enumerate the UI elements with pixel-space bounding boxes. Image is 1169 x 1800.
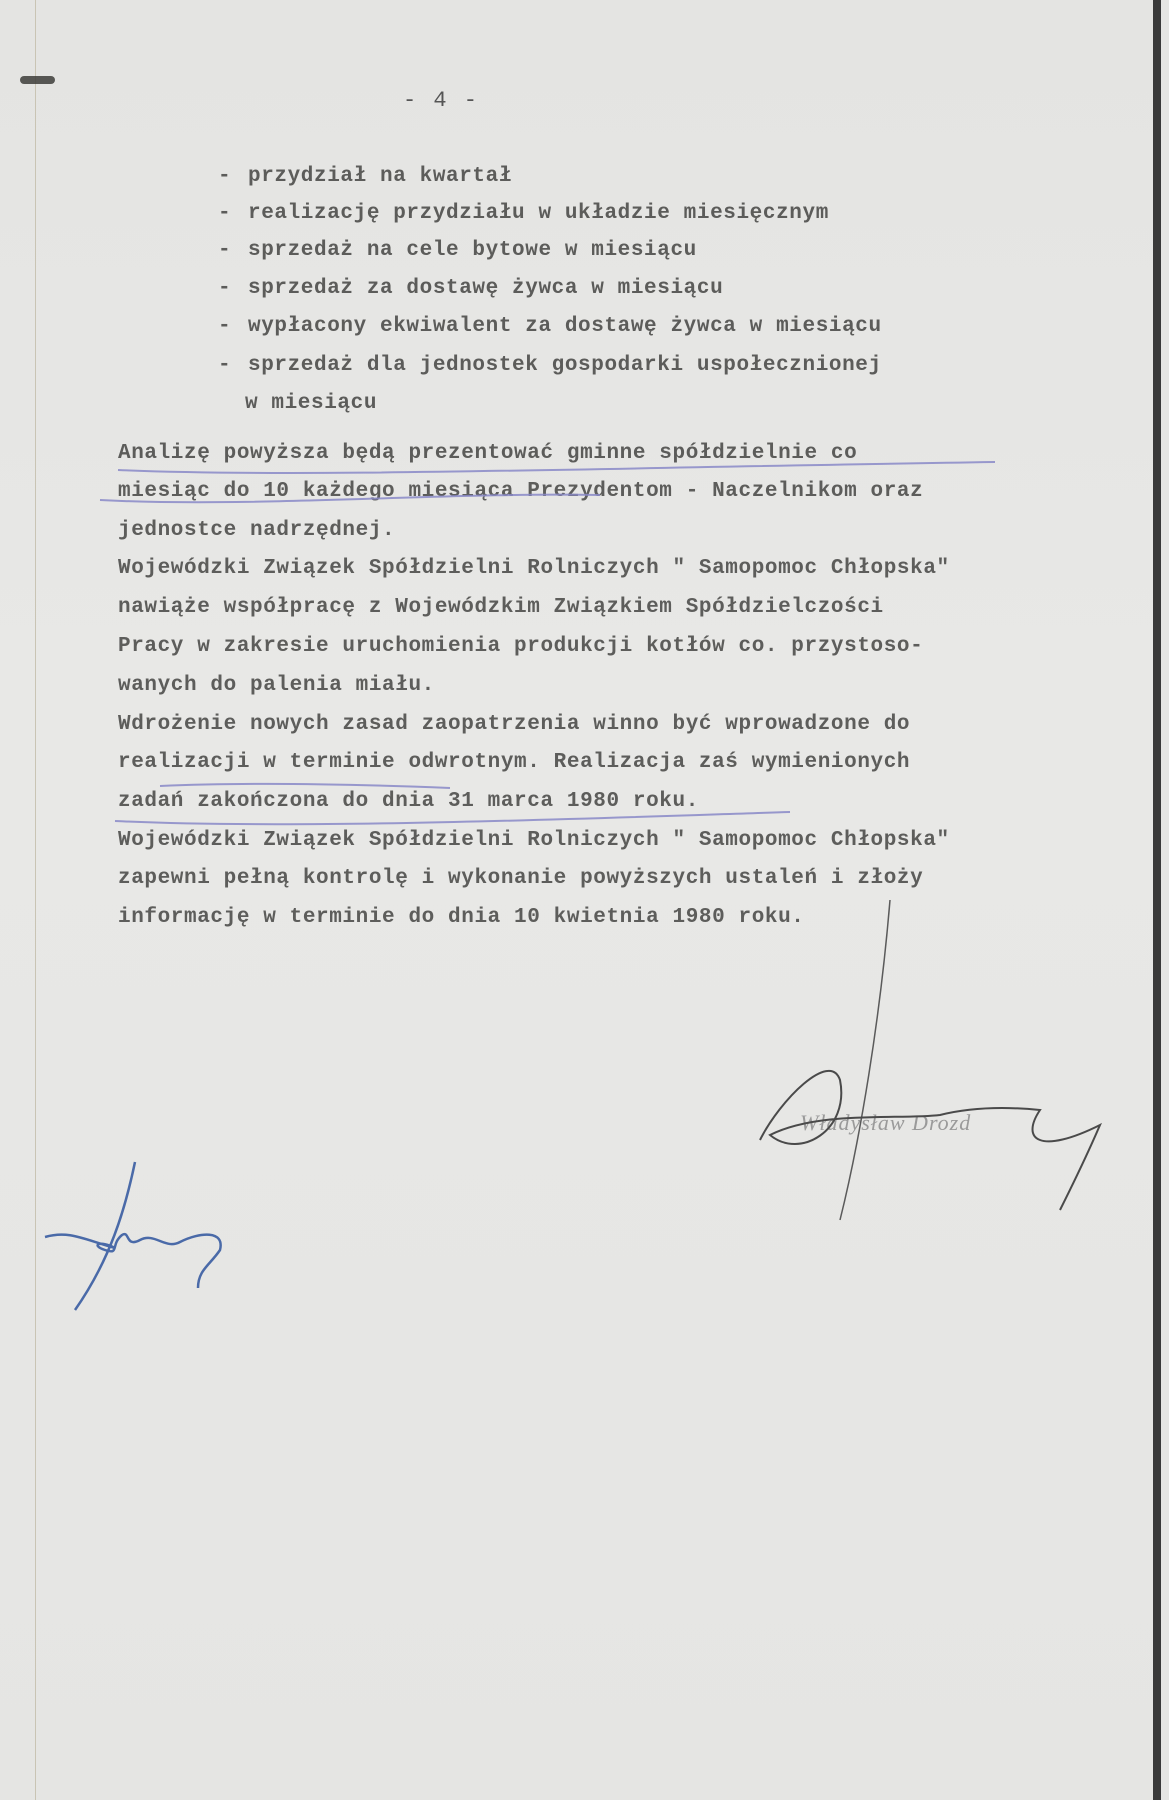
pen-underlines bbox=[0, 0, 1169, 1000]
signature-right bbox=[740, 900, 1100, 1220]
signature-left bbox=[30, 1150, 250, 1310]
document-page: - 4 - - przydział na kwartał - realizacj… bbox=[0, 0, 1161, 1800]
